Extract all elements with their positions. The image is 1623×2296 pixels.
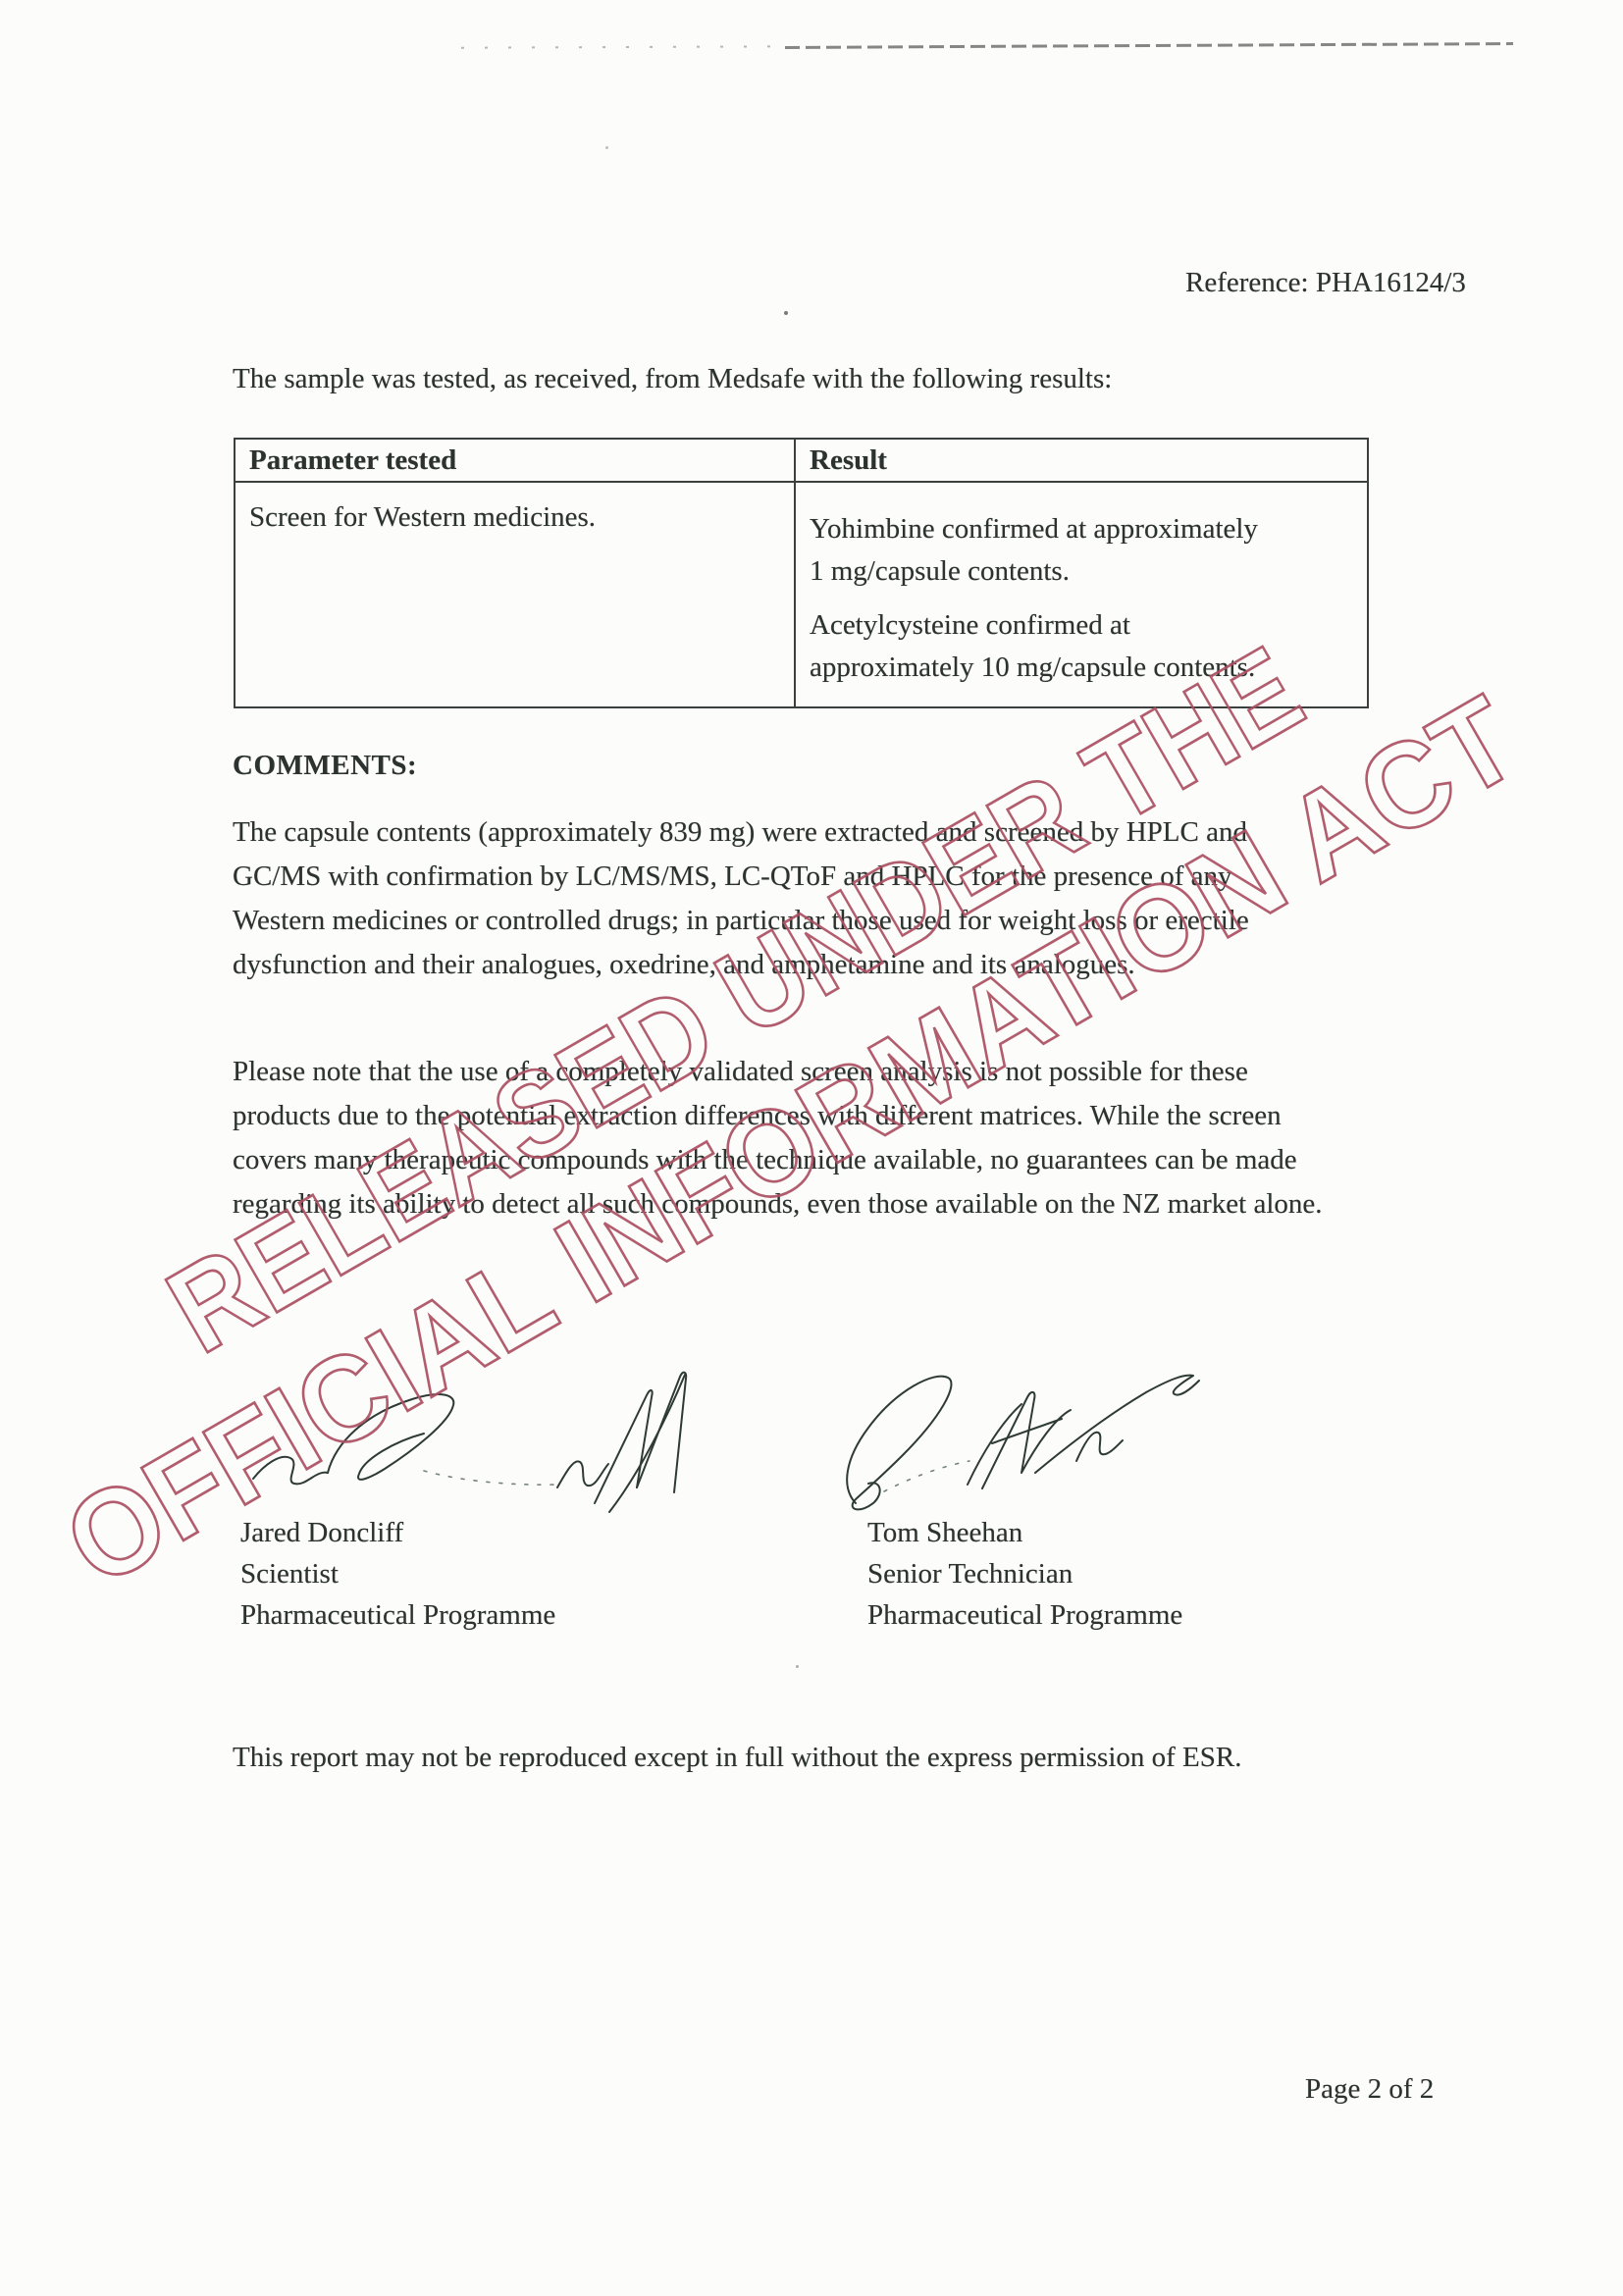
column-header-parameter-tested: Parameter tested	[235, 439, 795, 482]
paragraph-line: regarding its ability to detect all such…	[233, 1182, 1440, 1226]
paragraph-line: Please note that the use of a completely…	[233, 1050, 1440, 1094]
scan-speck	[605, 146, 608, 149]
paragraph-line: GC/MS with confirmation by LC/MS/MS, LC-…	[233, 855, 1430, 899]
footer-note: This report may not be reproduced except…	[233, 1736, 1241, 1780]
page: { "page": { "reference_label": "Referenc…	[0, 0, 1623, 2296]
signatory-name: Jared Doncliff	[240, 1512, 790, 1553]
result-cell: Yohimbine confirmed at approximately 1 m…	[795, 482, 1368, 707]
scan-artifact-line-right	[785, 42, 1513, 49]
comments-heading: COMMENTS:	[233, 744, 417, 788]
results-table-header-row: Parameter tested Result	[235, 439, 1368, 482]
result-line: approximately 10 mg/capsule contents.	[810, 647, 1351, 689]
reference-label: Reference: PHA16124/3	[1185, 261, 1466, 305]
comments-paragraph-1: The capsule contents (approximately 839 …	[233, 810, 1430, 987]
signatory-title: Senior Technician	[867, 1553, 1417, 1594]
scan-artifact-line-left	[461, 45, 785, 48]
signatory-name: Tom Sheehan	[867, 1512, 1417, 1553]
signature-tom-sheehan	[847, 1376, 1199, 1510]
intro-text: The sample was tested, as received, from…	[233, 357, 1112, 401]
results-table: Parameter tested Result Screen for Weste…	[234, 438, 1369, 708]
parameter-text: Screen for Western medicines.	[249, 496, 778, 539]
signatory-title: Scientist	[240, 1553, 790, 1594]
signature-jared-doncliff	[253, 1373, 686, 1512]
paragraph-line: Western medicines or controlled drugs; i…	[233, 899, 1430, 943]
signatory-organisation: Pharmaceutical Programme	[867, 1594, 1417, 1636]
page-number: Page 2 of 2	[1305, 2067, 1434, 2112]
signatory-block-right: Tom Sheehan Senior Technician Pharmaceut…	[867, 1512, 1417, 1636]
paragraph-line: The capsule contents (approximately 839 …	[233, 810, 1430, 855]
result-line: 1 mg/capsule contents.	[810, 550, 1351, 593]
parameter-cell: Screen for Western medicines.	[235, 482, 795, 707]
paragraph-line: products due to the potential extraction…	[233, 1094, 1440, 1138]
paragraph-line: covers many therapeutic compounds with t…	[233, 1138, 1440, 1182]
signatory-block-left: Jared Doncliff Scientist Pharmaceutical …	[240, 1512, 790, 1636]
scan-speck	[784, 311, 788, 315]
paragraph-line: dysfunction and their analogues, oxedrin…	[233, 943, 1430, 987]
result-line: Acetylcysteine confirmed at	[810, 604, 1351, 647]
table-row: Screen for Western medicines. Yohimbine …	[235, 482, 1368, 707]
scan-speck	[796, 1665, 799, 1668]
signatory-organisation: Pharmaceutical Programme	[240, 1594, 790, 1636]
column-header-result: Result	[795, 439, 1368, 482]
watermark-line-1: RELEASED UNDER THE	[147, 621, 1324, 1379]
result-line: Yohimbine confirmed at approximately	[810, 508, 1351, 550]
comments-paragraph-2: Please note that the use of a completely…	[233, 1050, 1440, 1226]
